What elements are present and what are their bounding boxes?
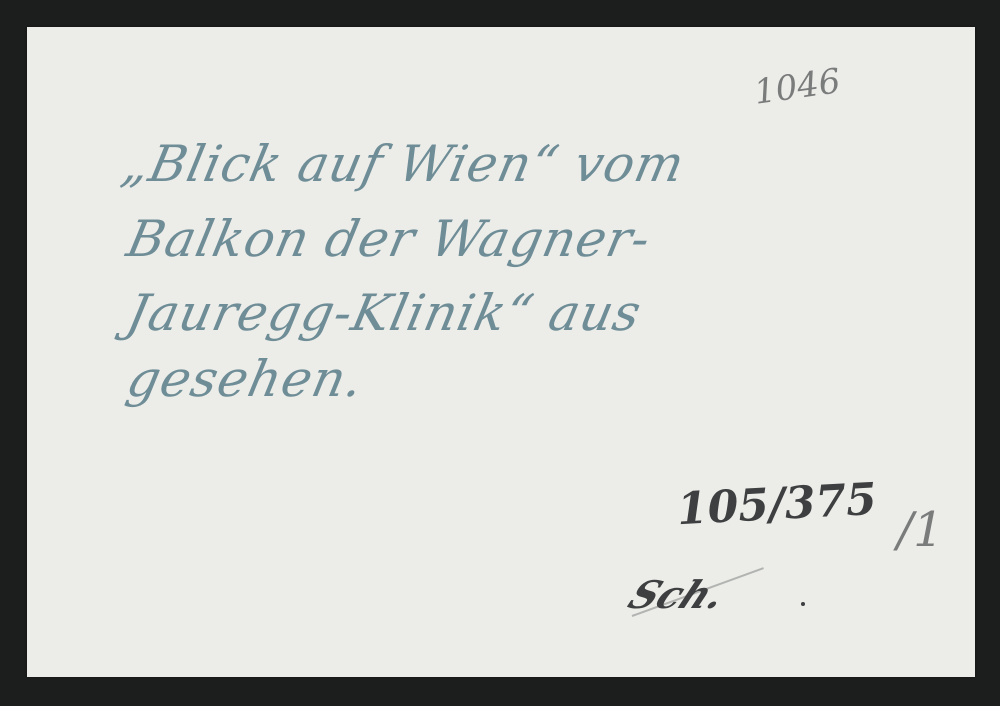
signature: Sch.: [622, 572, 734, 617]
archive-reference: 105/375: [676, 474, 878, 535]
photo-back-card: 1046 „Blick auf Wien“ vom Balkon der Wag…: [27, 27, 975, 677]
caption-line-2: Balkon der Wagner-: [122, 210, 656, 268]
caption-line-3: Jauregg-Klinik“ aus: [122, 284, 647, 342]
catalog-number: 1046: [752, 61, 843, 113]
caption-line-4: gesehen.: [122, 350, 369, 408]
caption-line-1: „Blick auf Wien“ vom: [117, 135, 690, 193]
signature-dot: [801, 602, 805, 606]
archive-reference-suffix: /1: [897, 502, 944, 558]
